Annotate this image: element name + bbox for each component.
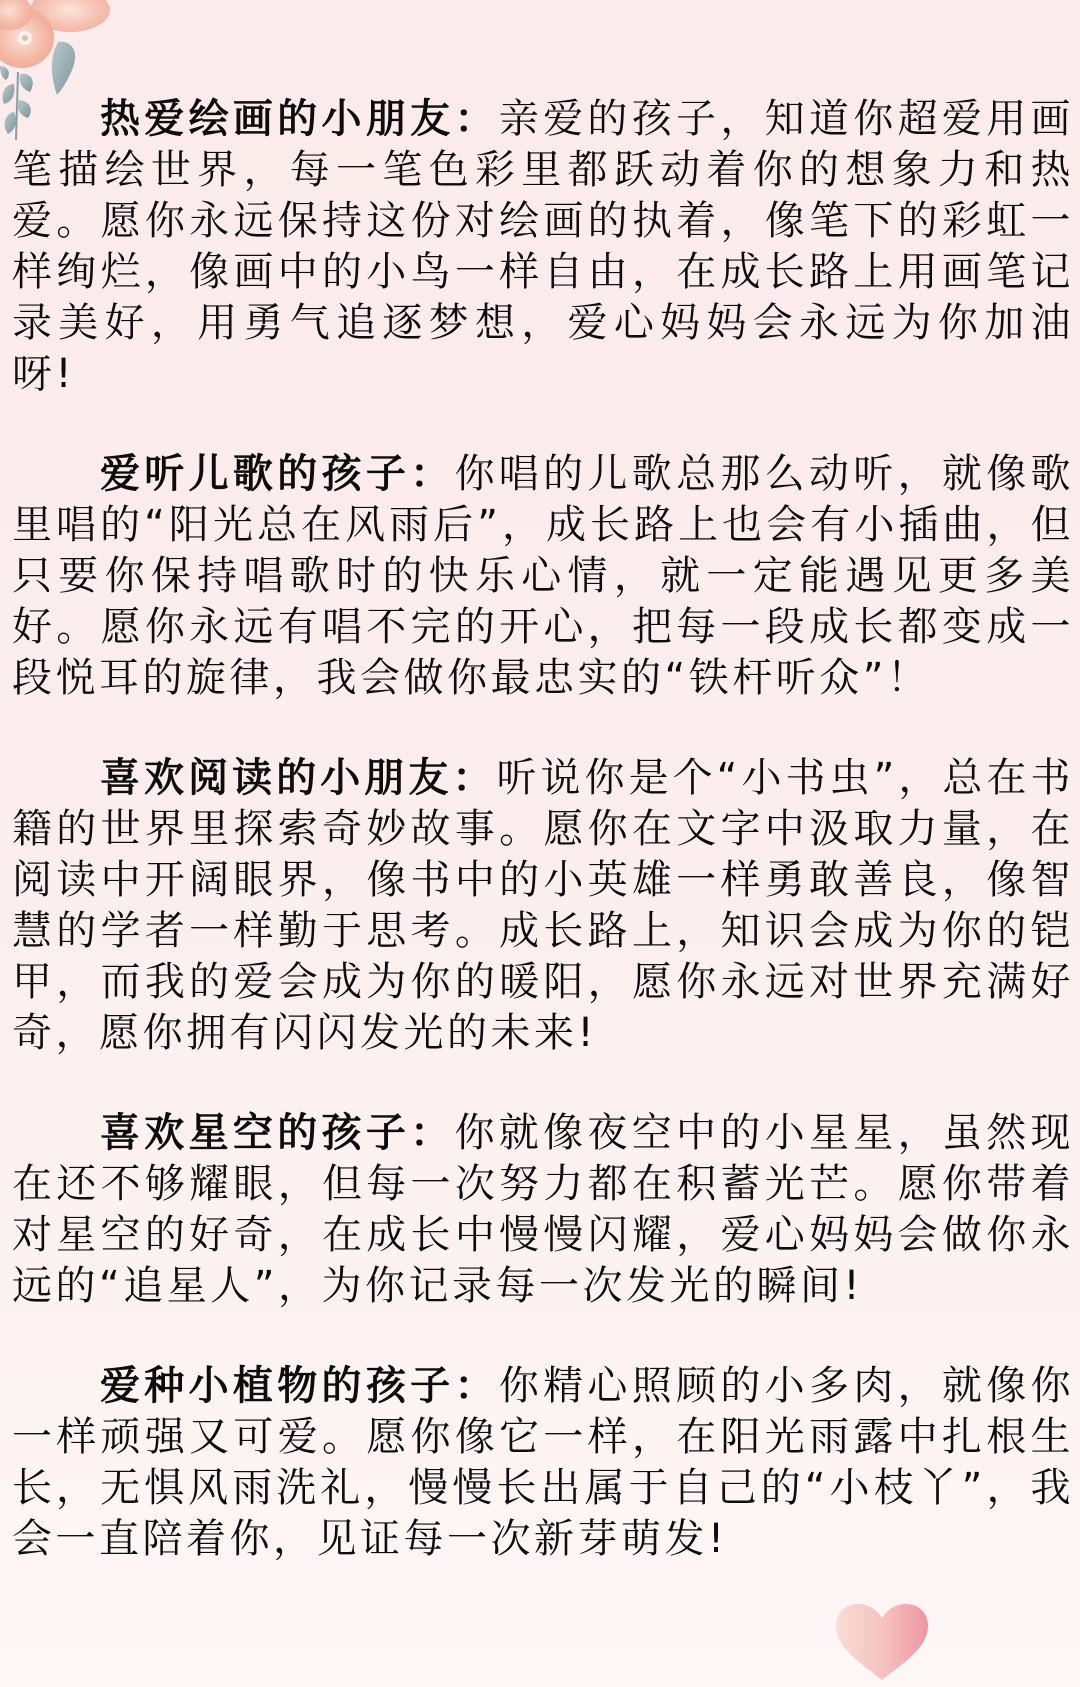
letter-content: 热爱绘画的小朋友：亲爱的孩子，知道你超爱用画笔描绘世界，每一笔色彩里都跃动着你的… xyxy=(12,94,1074,1614)
paragraph-heading: 爱听儿歌的孩子： xyxy=(100,451,454,497)
paragraph-reading: 喜欢阅读的小朋友：听说你是个“小书虫”，总在书籍的世界里探索奇妙故事。愿你在文字… xyxy=(12,753,1074,1059)
heart-icon xyxy=(832,1602,932,1682)
paragraph-heading: 喜欢阅读的小朋友： xyxy=(100,755,496,801)
paragraph-heading: 热爱绘画的小朋友： xyxy=(100,96,499,142)
paragraph-heading: 喜欢星空的孩子： xyxy=(100,1110,454,1156)
paragraph-painting: 热爱绘画的小朋友：亲爱的孩子，知道你超爱用画笔描绘世界，每一笔色彩里都跃动着你的… xyxy=(12,94,1074,400)
paragraph-heading: 爱种小植物的孩子： xyxy=(100,1363,499,1409)
paragraph-plants: 爱种小植物的孩子：你精心照顾的小多肉，就像你一样顽强又可爱。愿你像它一样，在阳光… xyxy=(12,1361,1074,1565)
paragraph-stars: 喜欢星空的孩子：你就像夜空中的小星星，虽然现在还不够耀眼，但每一次努力都在积蓄光… xyxy=(12,1108,1074,1312)
paragraph-songs: 爱听儿歌的孩子：你唱的儿歌总那么动听，就像歌里唱的“阳光总在风雨后”，成长路上也… xyxy=(12,449,1074,704)
